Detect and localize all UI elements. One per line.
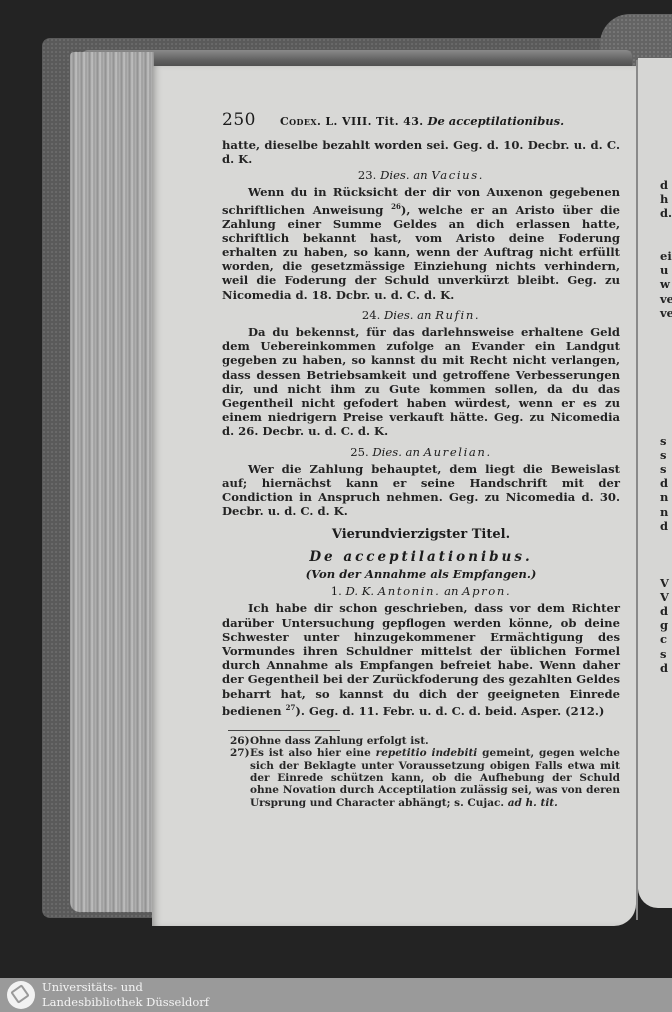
facing-page-fragment: V [660,590,669,605]
gutter-line [636,60,638,920]
facing-page-fragment: c [660,632,667,647]
footnote-27: 27) Es ist also hier eine repetitio inde… [222,747,620,809]
section-text-24: Da du bekennst, für das darlehnsweise er… [222,325,620,439]
facing-page-fragment: d [660,519,668,534]
running-head-italic: De acceptilationibus. [428,114,565,128]
facing-page-fragment: ve [660,306,672,321]
page-content: 250 Codex. L. VIII. Tit. 43. De acceptil… [222,110,620,809]
chapter-german-subtitle: (Von der Annahme als Empfangen.) [222,566,620,582]
facing-page-fragment: ei [660,249,672,264]
facing-page-fragment: s [660,462,666,477]
section-heading-25: 25. Dies. an Aurelian. [222,445,620,460]
facing-page-fragment: h [660,192,668,207]
facing-page-fragment: V [660,576,669,591]
chapter-latin-title: De acceptilationibus. [222,548,620,566]
facing-page-fragment: g [660,618,668,633]
chapter-section-text-1: Ich habe dir schon geschrieben, dass vor… [222,601,620,717]
facing-page-fragment: d [660,178,668,193]
library-footer: Universitäts- und Landesbibliothek Düsse… [0,978,672,1012]
section-heading-23: 23. Dies. an Vacius. [222,168,620,183]
opening-paragraph: hatte, dieselbe bezahlt worden sei. Geg.… [222,138,620,166]
facing-page-fragment: s [660,434,666,449]
footnote-rule [228,730,340,731]
page-number: 250 [222,110,280,130]
facing-page-fragment: n [660,490,668,505]
section-heading-24: 24. Dies. an Rufin. [222,308,620,323]
facing-page-fragment: d [660,604,668,619]
book-scan: dhd.eiuwvevesssdnndVVdgcsd 250 Codex. L.… [0,0,672,980]
footnote-ref-26: 26 [391,202,401,211]
library-name: Universitäts- und Landesbibliothek Düsse… [42,980,209,1010]
section-text-25: Wer die Zahlung behauptet, dem liegt die… [222,462,620,519]
facing-page-fragment: ve [660,292,672,307]
facing-page-fragment: w [660,277,670,292]
facing-page-fragment: d [660,476,668,491]
footnote-26: 26) Ohne dass Zahlung erfolgt ist. [222,735,620,747]
page-block-left-edge [70,52,154,912]
chapter-section-heading-1: 1. D. K. Antonin. an Apron. [222,584,620,599]
running-head: 250 Codex. L. VIII. Tit. 43. De acceptil… [222,110,620,138]
facing-page-fragment: n [660,505,668,520]
section-text-23: Wenn du in Rücksicht der dir von Auxenon… [222,185,620,301]
facing-page-fragment: s [660,647,666,662]
library-logo-icon [4,980,38,1010]
facing-page-fragment: u [660,263,668,278]
chapter-title: Vierundvierzigster Titel. [222,526,620,544]
footnote-ref-27: 27 [286,703,296,712]
facing-page-fragment: d [660,661,668,676]
facing-page-fragment: d. [660,206,672,221]
running-head-title: Codex. L. VIII. Tit. 43. [280,115,424,128]
facing-page-fragment: s [660,448,666,463]
